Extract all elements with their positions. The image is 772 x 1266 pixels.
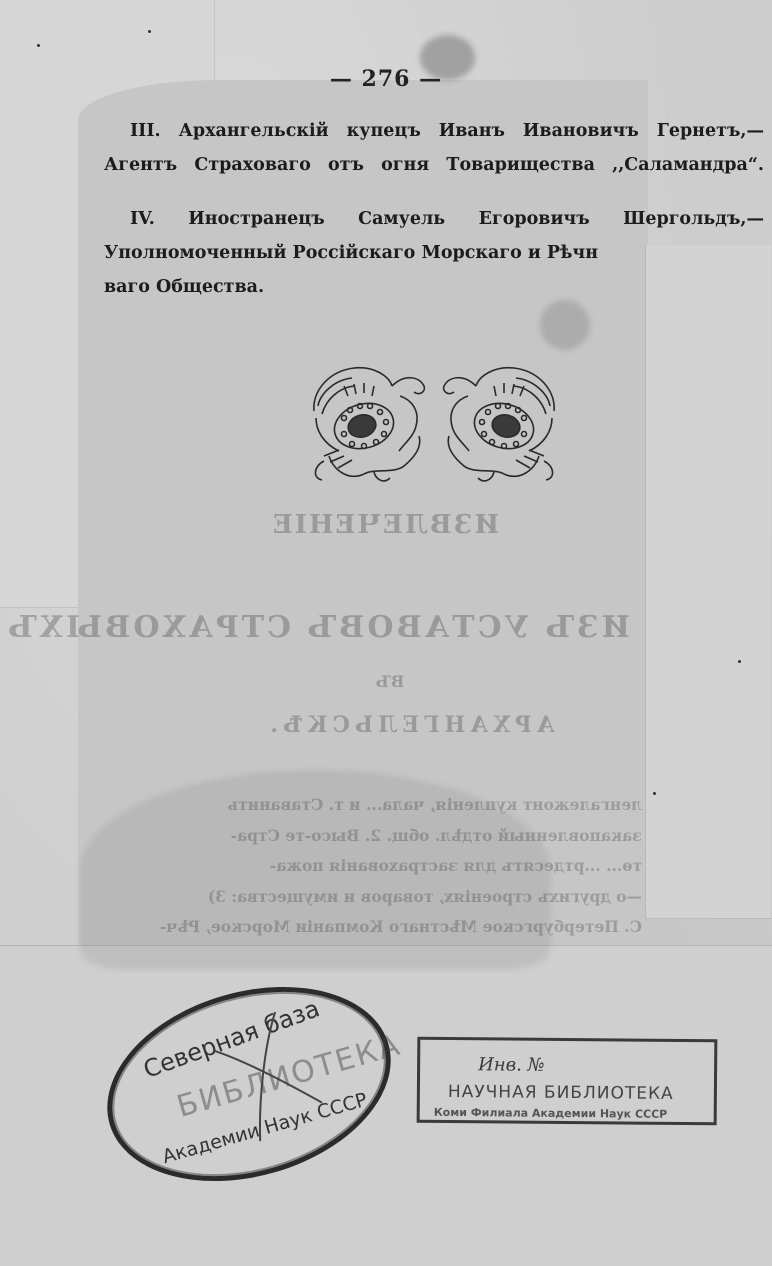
- bleed-through-heading: ВЪ: [360, 672, 420, 691]
- bleed-through-heading: АРХАНГЕЛЬСКѢ.: [260, 712, 560, 738]
- speck: [738, 660, 741, 663]
- entry-line: Агентъ Страховаго отъ огня Товарищества …: [104, 148, 764, 182]
- entry-line: ваго Общества.: [104, 270, 764, 304]
- bleed-line: тѳ... ...ртдесятъ для застрахованія пожа…: [82, 851, 642, 882]
- bleed-through-heading: ИЗВЛЕЧЕНІЕ: [220, 510, 550, 540]
- entry-line: Уполномоченный Россійскаго Морскаго и Рѣ…: [104, 236, 764, 270]
- bleed-through-paragraph: ленгалежонт купленія, чала... и т. Става…: [82, 790, 642, 943]
- stamp-line-1: НАУЧНАЯ БИБЛИОТЕКА: [448, 1082, 674, 1104]
- speck: [653, 792, 656, 795]
- page-number: — 276 —: [0, 66, 772, 92]
- speck: [37, 44, 40, 47]
- bleed-through-heading: ИЗЪ УСТАВОВЪ СТРАХОВЫХЪ ОБЩЕСТВЪ: [70, 610, 630, 645]
- entry-line: IV. Иностранецъ Самуель Егоровичъ Шергол…: [104, 202, 764, 236]
- pasted-paper-right: [645, 245, 771, 919]
- entry-iii: III. Архангельскій купецъ Иванъ Иванович…: [104, 114, 764, 182]
- entry-line: III. Архангельскій купецъ Иванъ Иванович…: [104, 114, 764, 148]
- bleed-line: —о другихъ строеніях, товаров и имуществ…: [82, 882, 642, 913]
- bleed-line: С. Петербургское Мѣстнаго Компаніи Морск…: [82, 912, 642, 943]
- speck: [148, 30, 151, 33]
- stamp-line-2: Коми Филиала Академии Наук СССР: [434, 1106, 668, 1121]
- bleed-line: закаповлеиный отдѣл. общ. 2. Высо-те Стр…: [82, 821, 642, 852]
- ink-stain: [540, 300, 590, 350]
- bird-ornament-icon: [304, 356, 564, 488]
- entry-iv: IV. Иностранецъ Самуель Егоровичъ Шергол…: [104, 202, 764, 304]
- stamp-inventory-label: Инв. №: [478, 1054, 545, 1076]
- library-stamp-rectangle: Инв. № НАУЧНАЯ БИБЛИОТЕКА Коми Филиала А…: [417, 1037, 718, 1126]
- bleed-line: ленгалежонт купленія, чала... и т. Става…: [82, 790, 642, 821]
